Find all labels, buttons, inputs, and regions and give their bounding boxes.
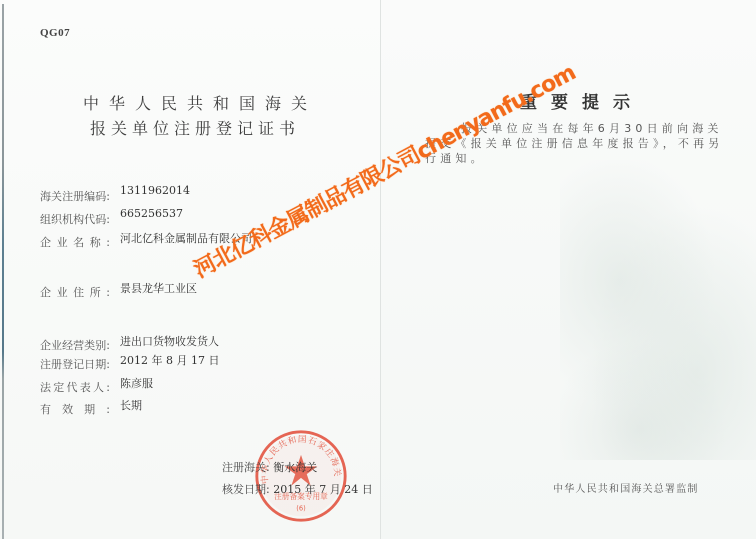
background-security-pattern — [560, 160, 756, 460]
issue-date-label: 核发日期: — [222, 483, 270, 496]
field-registration-date: 注册登记日期: 2012 年 8 月 17 日 — [40, 356, 219, 372]
field-label: 海关注册编码: — [40, 188, 120, 204]
certificate-title-line1: 中华人民共和国海关 — [0, 91, 390, 114]
certificate-title-line2: 报关单位注册登记证书 — [0, 116, 385, 139]
field-label: 企业经营类别: — [40, 337, 120, 353]
field-value: 陈彦服 — [120, 375, 153, 395]
field-address: 企业住所: 景县龙华工业区 — [40, 284, 197, 300]
page-edge — [2, 4, 4, 539]
field-label: 法定代表人: — [40, 379, 120, 395]
issuing-customs-value: 衡水海关 — [273, 461, 317, 474]
field-value: 2012 年 8 月 17 日 — [120, 352, 219, 372]
field-value: 长期 — [120, 397, 142, 417]
issuing-customs: 注册海关: 衡水海关 — [222, 459, 317, 475]
seal-number: (6) — [296, 505, 306, 513]
field-legal-representative: 法定代表人: 陈彦服 — [40, 379, 153, 395]
issue-date: 核发日期: 2015 年 7 月 24 日 — [222, 481, 373, 497]
field-value: 进出口货物收发货人 — [120, 333, 219, 353]
field-business-type: 企业经营类别: 进出口货物收发货人 — [40, 337, 219, 353]
field-validity: 有效期: 长期 — [40, 401, 142, 417]
field-org-code: 组织机构代码: 665256537 — [40, 211, 183, 227]
form-code: QG07 — [40, 27, 70, 39]
notice-title: 重要提示 — [380, 88, 756, 113]
field-value: 1311962014 — [120, 184, 190, 204]
customs-seal-stamp: 中华人民共和国石家庄海关 注册备案专用章 (6) — [253, 428, 349, 524]
issuing-customs-label: 注册海关: — [222, 461, 270, 474]
issue-date-value: 2015 年 7 月 24 日 — [273, 483, 372, 496]
field-value: 景县龙华工业区 — [120, 280, 197, 300]
issuer-footer: 中华人民共和国海关总署监制 — [553, 480, 699, 495]
field-value: 665256537 — [120, 207, 183, 227]
field-label: 企业住所: — [40, 284, 120, 300]
page-fold-divider — [380, 0, 381, 539]
field-label: 有效期: — [40, 401, 120, 417]
field-label: 企业名称: — [40, 234, 120, 250]
field-label: 注册登记日期: — [40, 356, 120, 372]
field-customs-code: 海关注册编码: 1311962014 — [40, 188, 190, 204]
field-label: 组织机构代码: — [40, 211, 120, 227]
